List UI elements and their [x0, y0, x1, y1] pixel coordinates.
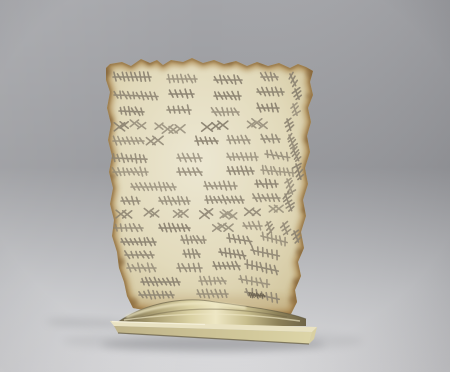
tablet: [102, 58, 318, 318]
artwork-photo: [0, 0, 450, 372]
